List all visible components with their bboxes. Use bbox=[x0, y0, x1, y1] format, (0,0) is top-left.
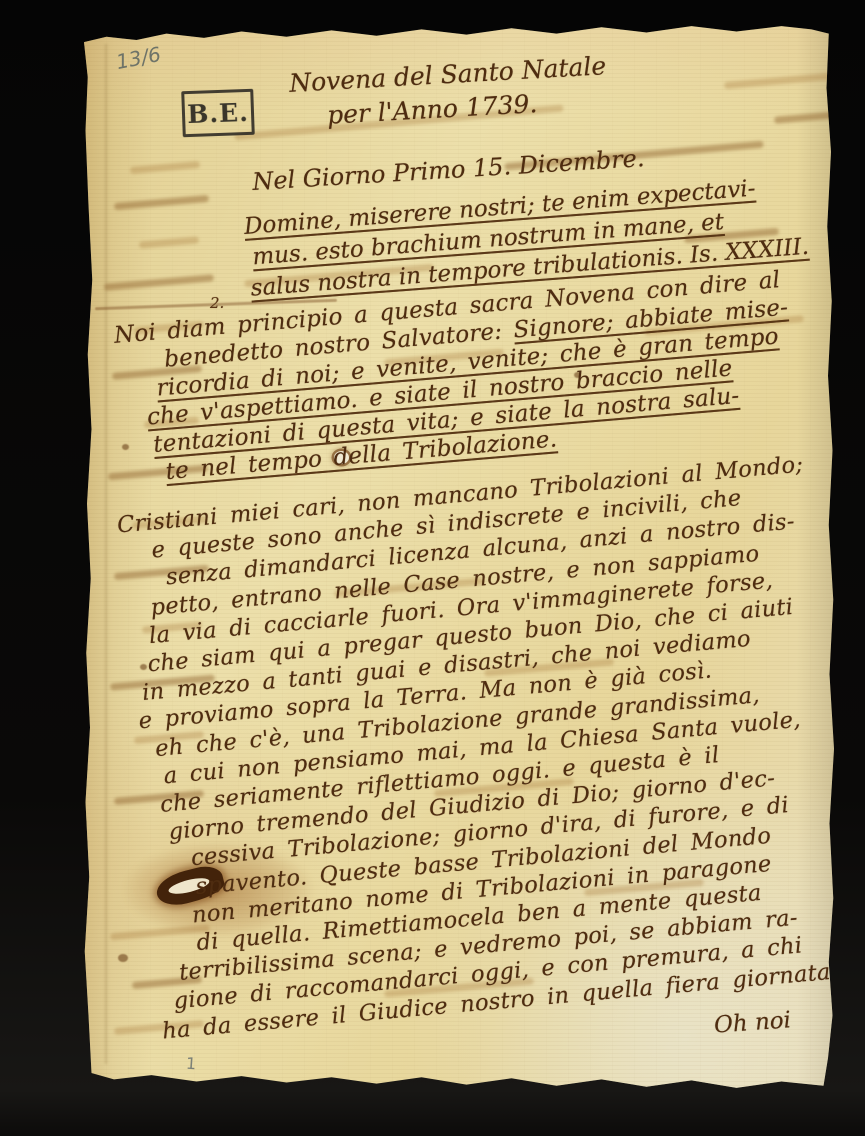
vertical-crease bbox=[104, 44, 108, 1064]
pencil-page-number: 1 bbox=[185, 1054, 196, 1074]
photo-background: 13/6 B.E. 2. 1 Novena del Santo Natale p… bbox=[0, 0, 865, 1136]
pencil-foliation-mark: 13/6 bbox=[114, 42, 163, 74]
manuscript-title: Novena del Santo Natale per l'Anno 1739. bbox=[288, 51, 608, 132]
sermon-paragraph: Cristiani miei cari, non mancano Tribola… bbox=[112, 450, 850, 1045]
bleed-through-mark bbox=[114, 195, 209, 210]
bleed-through-mark bbox=[774, 107, 865, 124]
library-stamp: B.E. bbox=[181, 89, 255, 137]
ink-speck bbox=[118, 954, 128, 962]
closing-phrase: Oh noi bbox=[713, 1007, 792, 1038]
bleed-through-mark bbox=[139, 236, 199, 248]
manuscript-page: 13/6 B.E. 2. 1 Novena del Santo Natale p… bbox=[84, 24, 834, 1090]
bleed-through-mark bbox=[724, 70, 864, 89]
bleed-through-mark bbox=[104, 274, 214, 291]
section-number: 2. bbox=[210, 294, 224, 312]
bleed-through-mark bbox=[130, 161, 200, 174]
